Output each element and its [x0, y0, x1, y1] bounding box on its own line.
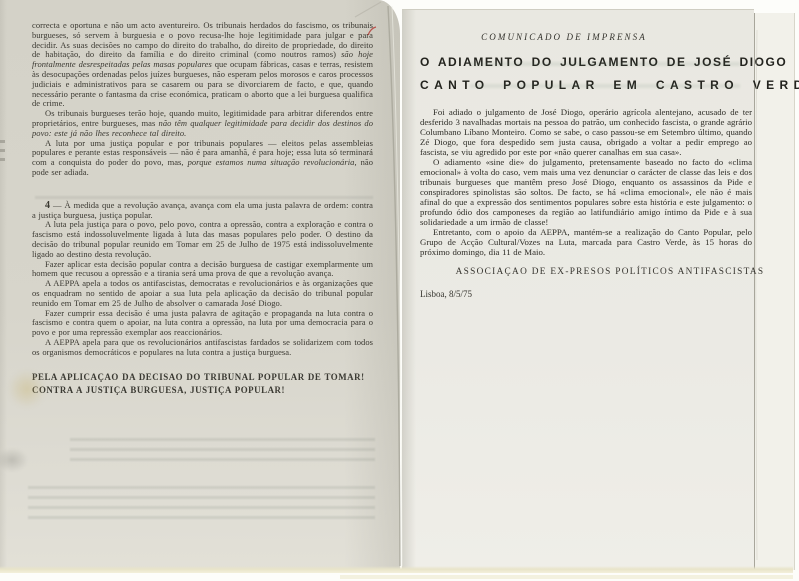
right-paragraph-3: Entretanto, com o apoio da AEPPA, mantém…	[420, 227, 752, 257]
scanned-pamphlet-spread: correcta e oportuna e não um acto aventu…	[0, 0, 799, 581]
right-page-text-column: COMUNICADO DE IMPRENSA O ADIAMENTO DO JU…	[420, 20, 752, 299]
slogan-line-2: CONTRA A JUSTIÇA BURGUESA, JUSTIÇA POPUL…	[32, 384, 373, 397]
left-paragraph-5: A luta pela justiça para o povo, pelo po…	[32, 220, 373, 259]
left-paragraph-1: correcta e oportuna e não um acto aventu…	[32, 21, 373, 109]
right-page-body: Foi adiado o julgamento de José Diogo, o…	[420, 107, 752, 257]
left-paragraph-4: 4 — À medida que a revolução avança, ava…	[32, 201, 373, 221]
left-edge-marks	[0, 140, 5, 162]
paper-smudge	[0, 448, 28, 472]
place-date-line: Lisboa, 8/5/75	[420, 289, 752, 299]
left-paragraph-2: Os tribunais burgueses terão hoje, quand…	[32, 109, 373, 138]
headline-line-2: CANTO POPULAR EM CASTRO VERDE	[420, 78, 752, 92]
organization-signature: ASSOCIAÇAO DE EX-PRESOS POLÍTICOS ANTIFA…	[444, 267, 776, 277]
paper-stain	[8, 370, 46, 408]
slogan-line-1: PELA APLICAÇAO DA DECISAO DO TRIBUNAL PO…	[32, 371, 373, 384]
right-paragraph-1: Foi adiado o julgamento de José Diogo, o…	[420, 107, 752, 157]
slogan-block: PELA APLICAÇAO DA DECISAO DO TRIBUNAL PO…	[32, 371, 373, 397]
press-release-kicker: COMUNICADO DE IMPRENSA	[398, 32, 730, 42]
right-paragraph-2: O adiamento «sine die» do julgamento, pr…	[420, 157, 752, 227]
left-page-text-column: correcta e oportuna e não um acto aventu…	[32, 21, 373, 397]
underlying-sheet-edge	[754, 13, 795, 570]
headline-line-1: O ADIAMENTO DO JULGAMENTO DE JOSÉ DIOGO	[420, 55, 752, 69]
left-paragraph-7: A AEPPA apela a todos os antifascistas, …	[32, 279, 373, 308]
left-paragraph-8: Fazer cumprir essa decisão é uma justa p…	[32, 309, 373, 338]
left-paragraph-3: A luta por uma justiça popular e por tri…	[32, 139, 373, 178]
left-paragraph-6: Fazer aplicar esta decisão popular contr…	[32, 260, 373, 280]
bottom-page-edge	[340, 575, 793, 579]
left-paragraph-9: A AEPPA apela para que os revolucionário…	[32, 338, 373, 358]
bottom-page-edge	[0, 566, 793, 573]
